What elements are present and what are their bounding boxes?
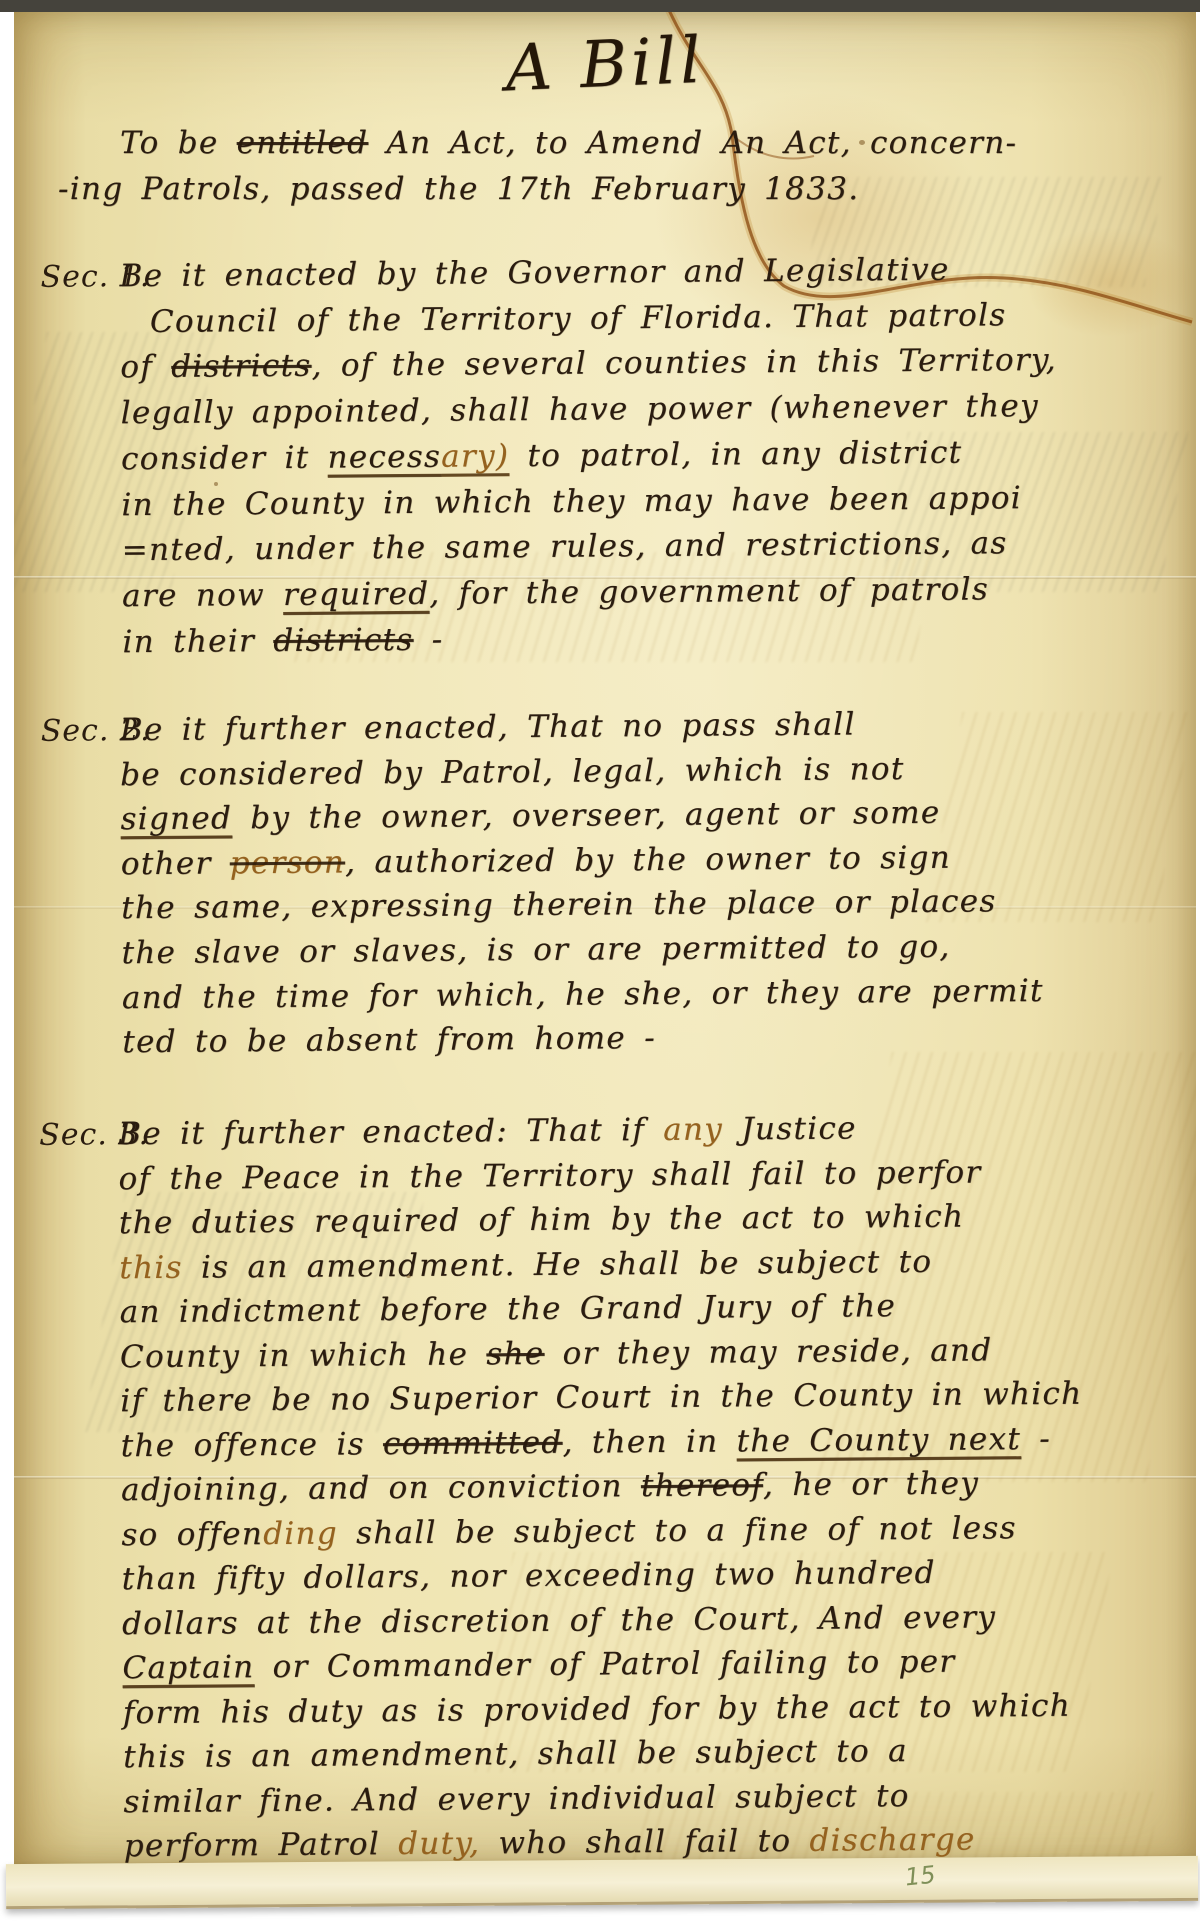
preamble: To be entitled An Act, to Amend An Act, … [58, 120, 1178, 212]
edited-text-underline: ary) [441, 438, 509, 475]
underlying-page-edge [6, 1856, 1198, 1909]
section-1-lines: Be it enacted by the Governor and Legisl… [119, 246, 1196, 666]
manuscript-line: To be entitled An Act, to Amend An Act, … [58, 120, 1178, 166]
edited-text-strike: districts [171, 348, 312, 385]
page-number: 15 [904, 1860, 937, 1891]
section-3: Sec. 3. Be it further enacted: That if a… [118, 1104, 1196, 1868]
manuscript-line: the offence is committed, then in the Co… [120, 1415, 1195, 1468]
scanner-edge-top [0, 0, 1200, 12]
edited-text-strike: she [486, 1335, 544, 1371]
section-3-lines: Be it further enacted: That if any Justi… [118, 1104, 1196, 1868]
manuscript-line: in their districts - [122, 611, 1196, 665]
edited-text-underline: required [283, 576, 430, 613]
edited-text-brown: discharge [809, 1822, 975, 1859]
manuscript-line: -ing Patrols, passed the 17th February 1… [58, 166, 1178, 212]
edited-text-underline: Captain [122, 1649, 254, 1686]
manuscript-paper: A Bill To be entitled An Act, to Amend A… [14, 12, 1196, 1868]
section-label: Sec. 2. [41, 708, 151, 754]
manuscript-line: and the time for which, he she, or they … [122, 967, 1196, 1020]
section-label: Sec. 1. [40, 254, 150, 300]
edited-text-brown: duty, [398, 1825, 480, 1862]
section-1: Sec. 1. Be it enacted by the Governor an… [119, 246, 1196, 666]
section-2: Sec. 2. Be it further enacted, That no p… [120, 700, 1196, 1065]
edited-text-brown: this [119, 1249, 183, 1285]
section-2-lines: Be it further enacted, That no pass shal… [120, 700, 1196, 1065]
edited-text-brown: any [663, 1111, 723, 1147]
manuscript-line: ted to be absent from home - [122, 1012, 1196, 1065]
manuscript-line: if there be no Superior Court in the Cou… [120, 1371, 1195, 1424]
manuscript-line: legally appointed, shall have power (whe… [120, 383, 1195, 437]
manuscript-line: form his duty as is provided for by the … [123, 1682, 1196, 1735]
edited-text-underline: necess [327, 439, 441, 476]
edited-text-strike: districts [273, 622, 414, 659]
edited-text-underline: signed [120, 801, 232, 838]
edited-text-strike: person [230, 844, 346, 881]
section-label: Sec. 3. [39, 1112, 149, 1158]
edited-text-strike: entitled [237, 125, 369, 161]
edited-text-brown: ding [263, 1515, 338, 1552]
edited-text-strike: thereof [641, 1467, 763, 1504]
manuscript-title: A Bill [14, 12, 1196, 128]
preamble-lines: To be entitled An Act, to Amend An Act, … [58, 120, 1178, 212]
edited-text-strike: committed [383, 1424, 563, 1461]
edited-text-underline: the County next [736, 1421, 1021, 1459]
document-scan: A Bill To be entitled An Act, to Amend A… [0, 0, 1200, 1924]
